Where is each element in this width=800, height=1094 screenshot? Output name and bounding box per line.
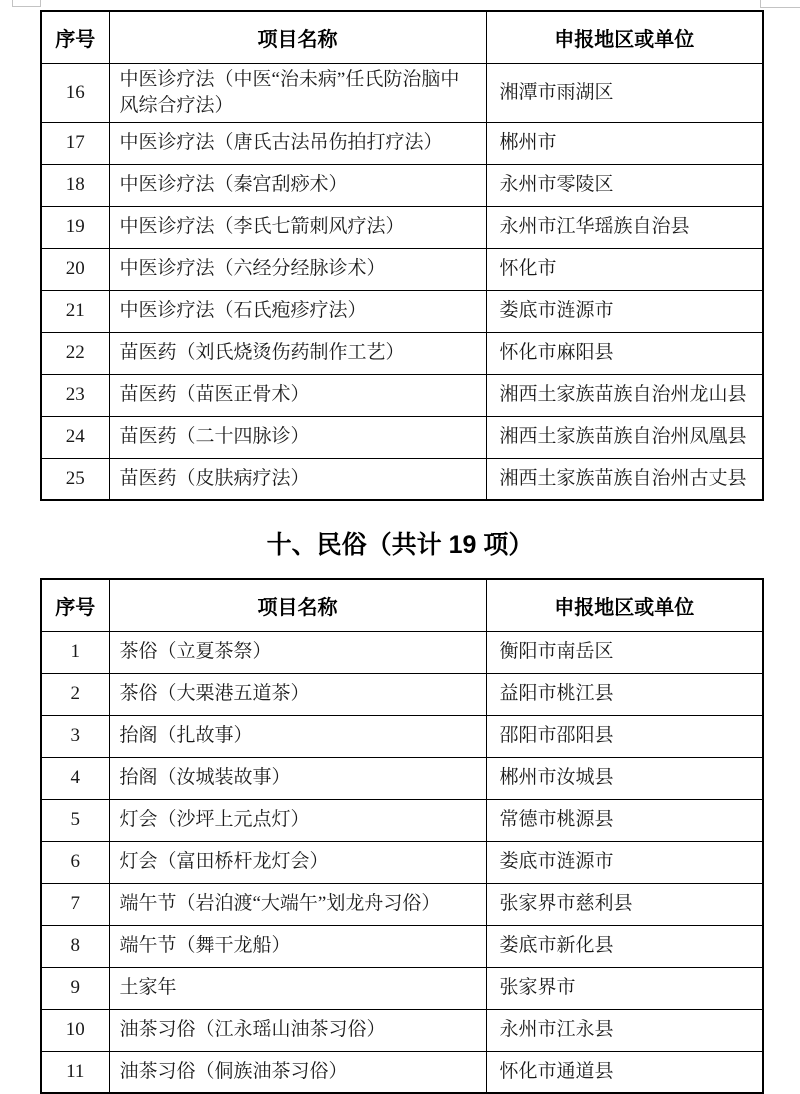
document-page: 序号 项目名称 申报地区或单位 16中医诊疗法（中医“治未病”任氏防治脑中风综合… <box>0 0 800 1094</box>
serial-number-cell: 1 <box>41 631 109 673</box>
region-cell: 常德市桃源县 <box>486 799 763 841</box>
table-row: 1茶俗（立夏茶祭）衡阳市南岳区 <box>41 631 763 673</box>
region-cell: 娄底市新化县 <box>486 925 763 967</box>
project-name-cell: 茶俗（立夏茶祭） <box>109 631 486 673</box>
project-name-cell: 中医诊疗法（李氏七箭刺风疗法） <box>109 206 486 248</box>
region-cell: 永州市零陵区 <box>486 164 763 206</box>
region-cell: 永州市江永县 <box>486 1009 763 1051</box>
serial-number-cell: 17 <box>41 122 109 164</box>
project-name-cell: 中医诊疗法（六经分经脉诊术） <box>109 248 486 290</box>
table-row: 10油茶习俗（江永瑶山油茶习俗）永州市江永县 <box>41 1009 763 1051</box>
table-row: 24苗医药（二十四脉诊）湘西土家族苗族自治州凤凰县 <box>41 416 763 458</box>
region-cell: 郴州市 <box>486 122 763 164</box>
table-row: 18中医诊疗法（秦宫刮痧术）永州市零陵区 <box>41 164 763 206</box>
table-row: 23苗医药（苗医正骨术）湘西土家族苗族自治州龙山县 <box>41 374 763 416</box>
region-cell: 怀化市 <box>486 248 763 290</box>
region-cell: 衡阳市南岳区 <box>486 631 763 673</box>
table-row: 11油茶习俗（侗族油茶习俗）怀化市通道县 <box>41 1051 763 1093</box>
region-cell: 永州市江华瑶族自治县 <box>486 206 763 248</box>
project-name-cell: 苗医药（皮肤病疗法） <box>109 458 486 500</box>
serial-number-cell: 21 <box>41 290 109 332</box>
project-name-cell: 抬阁（汝城装故事） <box>109 757 486 799</box>
region-cell: 湘潭市雨湖区 <box>486 63 763 122</box>
section-title: 十、民俗（共计 19 项） <box>0 528 800 562</box>
project-name-cell: 抬阁（扎故事） <box>109 715 486 757</box>
region-cell: 湘西土家族苗族自治州古丈县 <box>486 458 763 500</box>
region-cell: 张家界市 <box>486 967 763 1009</box>
header-region: 申报地区或单位 <box>486 579 763 631</box>
header-region: 申报地区或单位 <box>486 11 763 63</box>
project-name-cell: 中医诊疗法（中医“治未病”任氏防治脑中风综合疗法） <box>109 63 486 122</box>
region-cell: 娄底市涟源市 <box>486 841 763 883</box>
project-name-cell: 土家年 <box>109 967 486 1009</box>
region-cell: 湘西土家族苗族自治州龙山县 <box>486 374 763 416</box>
table-row: 21中医诊疗法（石氏疱疹疗法）娄底市涟源市 <box>41 290 763 332</box>
table-row: 9土家年张家界市 <box>41 967 763 1009</box>
table-row: 2茶俗（大栗港五道茶）益阳市桃江县 <box>41 673 763 715</box>
table-row: 4抬阁（汝城装故事）郴州市汝城县 <box>41 757 763 799</box>
project-name-cell: 端午节（岩泊渡“大端午”划龙舟习俗） <box>109 883 486 925</box>
project-name-cell: 灯会（富田桥杆龙灯会） <box>109 841 486 883</box>
serial-number-cell: 16 <box>41 63 109 122</box>
region-cell: 怀化市通道县 <box>486 1051 763 1093</box>
serial-number-cell: 3 <box>41 715 109 757</box>
table-row: 20中医诊疗法（六经分经脉诊术）怀化市 <box>41 248 763 290</box>
serial-number-cell: 19 <box>41 206 109 248</box>
serial-number-cell: 5 <box>41 799 109 841</box>
project-name-cell: 苗医药（二十四脉诊） <box>109 416 486 458</box>
project-name-cell: 中医诊疗法（石氏疱疹疗法） <box>109 290 486 332</box>
header-project-name: 项目名称 <box>109 579 486 631</box>
project-name-cell: 苗医药（苗医正骨术） <box>109 374 486 416</box>
serial-number-cell: 25 <box>41 458 109 500</box>
serial-number-cell: 4 <box>41 757 109 799</box>
header-serial-number: 序号 <box>41 11 109 63</box>
project-name-cell: 油茶习俗（江永瑶山油茶习俗） <box>109 1009 486 1051</box>
page-edge-artifact-right <box>760 0 800 8</box>
serial-number-cell: 9 <box>41 967 109 1009</box>
project-name-cell: 中医诊疗法（唐氏古法吊伤拍打疗法） <box>109 122 486 164</box>
folk-custom-table: 序号 项目名称 申报地区或单位 1茶俗（立夏茶祭）衡阳市南岳区2茶俗（大栗港五道… <box>40 578 764 1094</box>
project-name-cell: 灯会（沙坪上元点灯） <box>109 799 486 841</box>
table-row: 17中医诊疗法（唐氏古法吊伤拍打疗法）郴州市 <box>41 122 763 164</box>
table-row: 19中医诊疗法（李氏七箭刺风疗法）永州市江华瑶族自治县 <box>41 206 763 248</box>
serial-number-cell: 8 <box>41 925 109 967</box>
serial-number-cell: 18 <box>41 164 109 206</box>
project-name-cell: 茶俗（大栗港五道茶） <box>109 673 486 715</box>
serial-number-cell: 22 <box>41 332 109 374</box>
region-cell: 郴州市汝城县 <box>486 757 763 799</box>
table-row: 16中医诊疗法（中医“治未病”任氏防治脑中风综合疗法）湘潭市雨湖区 <box>41 63 763 122</box>
table-row: 25苗医药（皮肤病疗法）湘西土家族苗族自治州古丈县 <box>41 458 763 500</box>
page-edge-artifact-left <box>12 0 41 7</box>
serial-number-cell: 2 <box>41 673 109 715</box>
serial-number-cell: 10 <box>41 1009 109 1051</box>
project-name-cell: 中医诊疗法（秦宫刮痧术） <box>109 164 486 206</box>
region-cell: 娄底市涟源市 <box>486 290 763 332</box>
table-row: 6灯会（富田桥杆龙灯会）娄底市涟源市 <box>41 841 763 883</box>
serial-number-cell: 6 <box>41 841 109 883</box>
region-cell: 湘西土家族苗族自治州凤凰县 <box>486 416 763 458</box>
serial-number-cell: 24 <box>41 416 109 458</box>
region-cell: 益阳市桃江县 <box>486 673 763 715</box>
project-name-cell: 端午节（舞干龙船） <box>109 925 486 967</box>
table-row: 7端午节（岩泊渡“大端午”划龙舟习俗）张家界市慈利县 <box>41 883 763 925</box>
region-cell: 张家界市慈利县 <box>486 883 763 925</box>
serial-number-cell: 20 <box>41 248 109 290</box>
project-name-cell: 苗医药（刘氏烧烫伤药制作工艺） <box>109 332 486 374</box>
table-row: 5灯会（沙坪上元点灯）常德市桃源县 <box>41 799 763 841</box>
serial-number-cell: 11 <box>41 1051 109 1093</box>
table-header-row: 序号 项目名称 申报地区或单位 <box>41 579 763 631</box>
medicine-table: 序号 项目名称 申报地区或单位 16中医诊疗法（中医“治未病”任氏防治脑中风综合… <box>40 10 764 501</box>
header-serial-number: 序号 <box>41 579 109 631</box>
region-cell: 怀化市麻阳县 <box>486 332 763 374</box>
table-row: 22苗医药（刘氏烧烫伤药制作工艺）怀化市麻阳县 <box>41 332 763 374</box>
table-row: 8端午节（舞干龙船）娄底市新化县 <box>41 925 763 967</box>
project-name-cell: 油茶习俗（侗族油茶习俗） <box>109 1051 486 1093</box>
table-row: 3抬阁（扎故事）邵阳市邵阳县 <box>41 715 763 757</box>
serial-number-cell: 23 <box>41 374 109 416</box>
region-cell: 邵阳市邵阳县 <box>486 715 763 757</box>
header-project-name: 项目名称 <box>109 11 486 63</box>
table-header-row: 序号 项目名称 申报地区或单位 <box>41 11 763 63</box>
serial-number-cell: 7 <box>41 883 109 925</box>
